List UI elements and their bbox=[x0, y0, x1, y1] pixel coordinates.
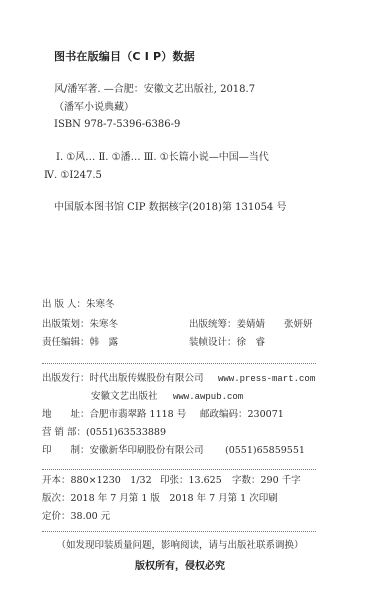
spec-format: 开本：880×1230 1/32 bbox=[42, 475, 152, 487]
publisher2-url: www.awpub.com bbox=[173, 391, 243, 403]
edition-value: 2018 年 7 月第 1 版 2018 年 7 月第 1 次印刷 bbox=[71, 493, 278, 504]
issuer-value: 时代出版传媒股份有限公司 bbox=[90, 373, 204, 384]
printer-value: 安徽新华印刷股份有限公司 bbox=[90, 445, 204, 456]
credit-planner: 出版策划：朱寒冬 bbox=[42, 319, 118, 331]
spec-edition: 版次：2018 年 7 月第 1 版 2018 年 7 月第 1 次印刷 bbox=[42, 493, 278, 505]
spec-words: 字数：290 千字 bbox=[232, 475, 301, 487]
cip-number: 中国版本图书馆 CIP 数据核字(2018)第 131054 号 bbox=[54, 202, 286, 214]
dist-marketing: 营 销 部：(0551)63533889 bbox=[42, 427, 166, 439]
coordinator-value: 姜婧婧 张妍妍 bbox=[237, 319, 313, 330]
words-value: 290 千字 bbox=[261, 475, 301, 486]
planner-value: 朱寒冬 bbox=[90, 319, 119, 330]
planner-label: 出版策划： bbox=[42, 319, 90, 330]
designer-label: 装帧设计： bbox=[189, 337, 237, 348]
dist-printer: 印 制：安徽新华印刷股份有限公司 bbox=[42, 445, 204, 457]
sheets-value: 13.625 bbox=[189, 475, 222, 486]
copyright-notice: 版权所有，侵权必究 bbox=[0, 557, 360, 572]
publisher-value: 朱寒冬 bbox=[86, 299, 115, 310]
cip-title: 图书在版编目（C I P）数据 bbox=[54, 48, 195, 64]
address-value: 合肥市翡翠路 1118 号 bbox=[90, 409, 187, 420]
dotted-divider bbox=[42, 469, 316, 470]
editor-label: 责任编辑： bbox=[42, 337, 90, 348]
issuer-label: 出版发行： bbox=[42, 373, 90, 384]
spec-price: 定价：38.00 元 bbox=[42, 511, 110, 523]
cip-line-author: 风/潘军著. —合肥：安徽文艺出版社, 2018.7 bbox=[54, 84, 255, 96]
publisher-label: 出 版 人： bbox=[42, 299, 86, 310]
cip-line-series: （潘军小说典藏） bbox=[54, 102, 134, 114]
credit-editor: 责任编辑：韩 露 bbox=[42, 337, 118, 349]
dist-publisher2: 安徽文艺出版社 bbox=[91, 391, 158, 403]
cip-classification-1: Ⅰ. ①风… Ⅱ. ①潘… Ⅲ. ①长篇小说—中国—当代 bbox=[56, 152, 269, 164]
cip-classification-2: Ⅳ. ①I247.5 bbox=[44, 170, 102, 182]
coordinator-label: 出版统筹： bbox=[189, 319, 237, 330]
postcode-value: 230071 bbox=[248, 409, 284, 420]
editor-value: 韩 露 bbox=[90, 337, 119, 348]
marketing-label: 营 销 部： bbox=[42, 427, 86, 438]
dist-postcode: 邮政编码：230071 bbox=[200, 409, 284, 421]
spec-sheets: 印张：13.625 bbox=[160, 475, 222, 487]
words-label: 字数： bbox=[232, 475, 261, 486]
format-label: 开本： bbox=[42, 475, 71, 486]
issuer-url: www.press-mart.com bbox=[218, 373, 315, 385]
dist-issuer: 出版发行：时代出版传媒股份有限公司 bbox=[42, 373, 204, 385]
credit-publisher: 出 版 人：朱寒冬 bbox=[42, 299, 115, 311]
credit-coordinator: 出版统筹：姜婧婧 张妍妍 bbox=[189, 319, 313, 331]
credit-designer: 装帧设计：徐 睿 bbox=[189, 337, 265, 349]
edition-label: 版次： bbox=[42, 493, 71, 504]
postcode-label: 邮政编码： bbox=[200, 409, 248, 420]
printer-phone: (0551)65859551 bbox=[225, 445, 305, 457]
address-label: 地 址： bbox=[42, 409, 90, 420]
price-label: 定价： bbox=[42, 511, 71, 522]
printer-label: 印 制： bbox=[42, 445, 90, 456]
quality-notice: （如发现印装质量问题，影响阅读，请与出版社联系调换） bbox=[0, 540, 360, 552]
format-value: 880×1230 1/32 bbox=[71, 475, 152, 486]
marketing-value: (0551)63533889 bbox=[86, 427, 166, 438]
price-value: 38.00 元 bbox=[71, 511, 111, 522]
dist-address: 地 址：合肥市翡翠路 1118 号 bbox=[42, 409, 186, 421]
designer-value: 徐 睿 bbox=[237, 337, 266, 348]
dotted-divider bbox=[42, 363, 316, 364]
dotted-divider bbox=[42, 531, 316, 532]
sheets-label: 印张： bbox=[160, 475, 189, 486]
cip-isbn: ISBN 978-7-5396-6386-9 bbox=[54, 119, 180, 131]
